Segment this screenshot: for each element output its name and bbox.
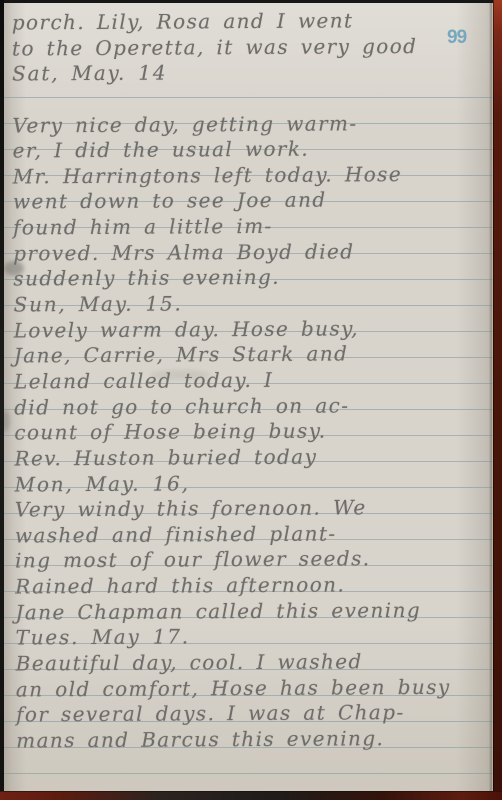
diary-line: an old comfort, Hose has been busy [16,674,494,703]
diary-line: Jane, Carrie, Mrs Stark and [14,341,492,370]
diary-date-line: Sat, May. 14 [12,59,490,88]
diary-line: Very nice day, getting warm- [12,110,490,139]
diary-line: washed and finished plant- [15,520,493,549]
diary-date-line: Tues. May 17. [15,623,493,652]
diary-line: to the Operetta, it was very good [12,33,490,62]
diary-date-line: Mon, May. 16, [15,469,493,498]
diary-line: Lovely warm day. Hose busy, [14,315,492,344]
diary-line: Rev. Huston buried today [14,443,492,472]
diary-line: suddenly this evening. [13,264,491,293]
diary-line: mans and Barcus this evening. [16,725,494,754]
diary-line: ing most of our flower seeds. [15,546,493,575]
top-edge [0,0,502,3]
left-edge [0,0,4,800]
diary-line: Jane Chapman called this evening [15,597,493,626]
book-cover-bottom-edge [0,791,502,800]
diary-date-line: Sun, May. 15. [13,290,491,319]
diary-line: porch. Lily, Rosa and I went [12,8,490,37]
diary-line: Mr. Harringtons left today. Hose [13,161,491,190]
diary-book: 99 porch. Lily, Rosa and I went to the O… [0,0,502,800]
diary-line: Rained hard this afternoon. [15,572,493,601]
diary-line: Beautiful day, cool. I washed [16,649,494,678]
diary-text: porch. Lily, Rosa and I went to the Oper… [12,8,495,754]
diary-line: Very windy this forenoon. We [15,495,493,524]
diary-line [12,84,490,113]
diary-line: did not go to church on ac- [14,392,492,421]
book-cover-right-edge [493,0,502,800]
diary-line: count of Hose being busy. [14,418,492,447]
diary-line: proved. Mrs Alma Boyd died [13,238,491,267]
diary-line: found him a little im- [13,213,491,242]
diary-line: went down to see Joe and [13,187,491,216]
diary-line: for several days. I was at Chap- [16,700,494,729]
diary-line: er, I did the usual work. [13,136,491,165]
diary-line: Leland called today. I [14,367,492,396]
